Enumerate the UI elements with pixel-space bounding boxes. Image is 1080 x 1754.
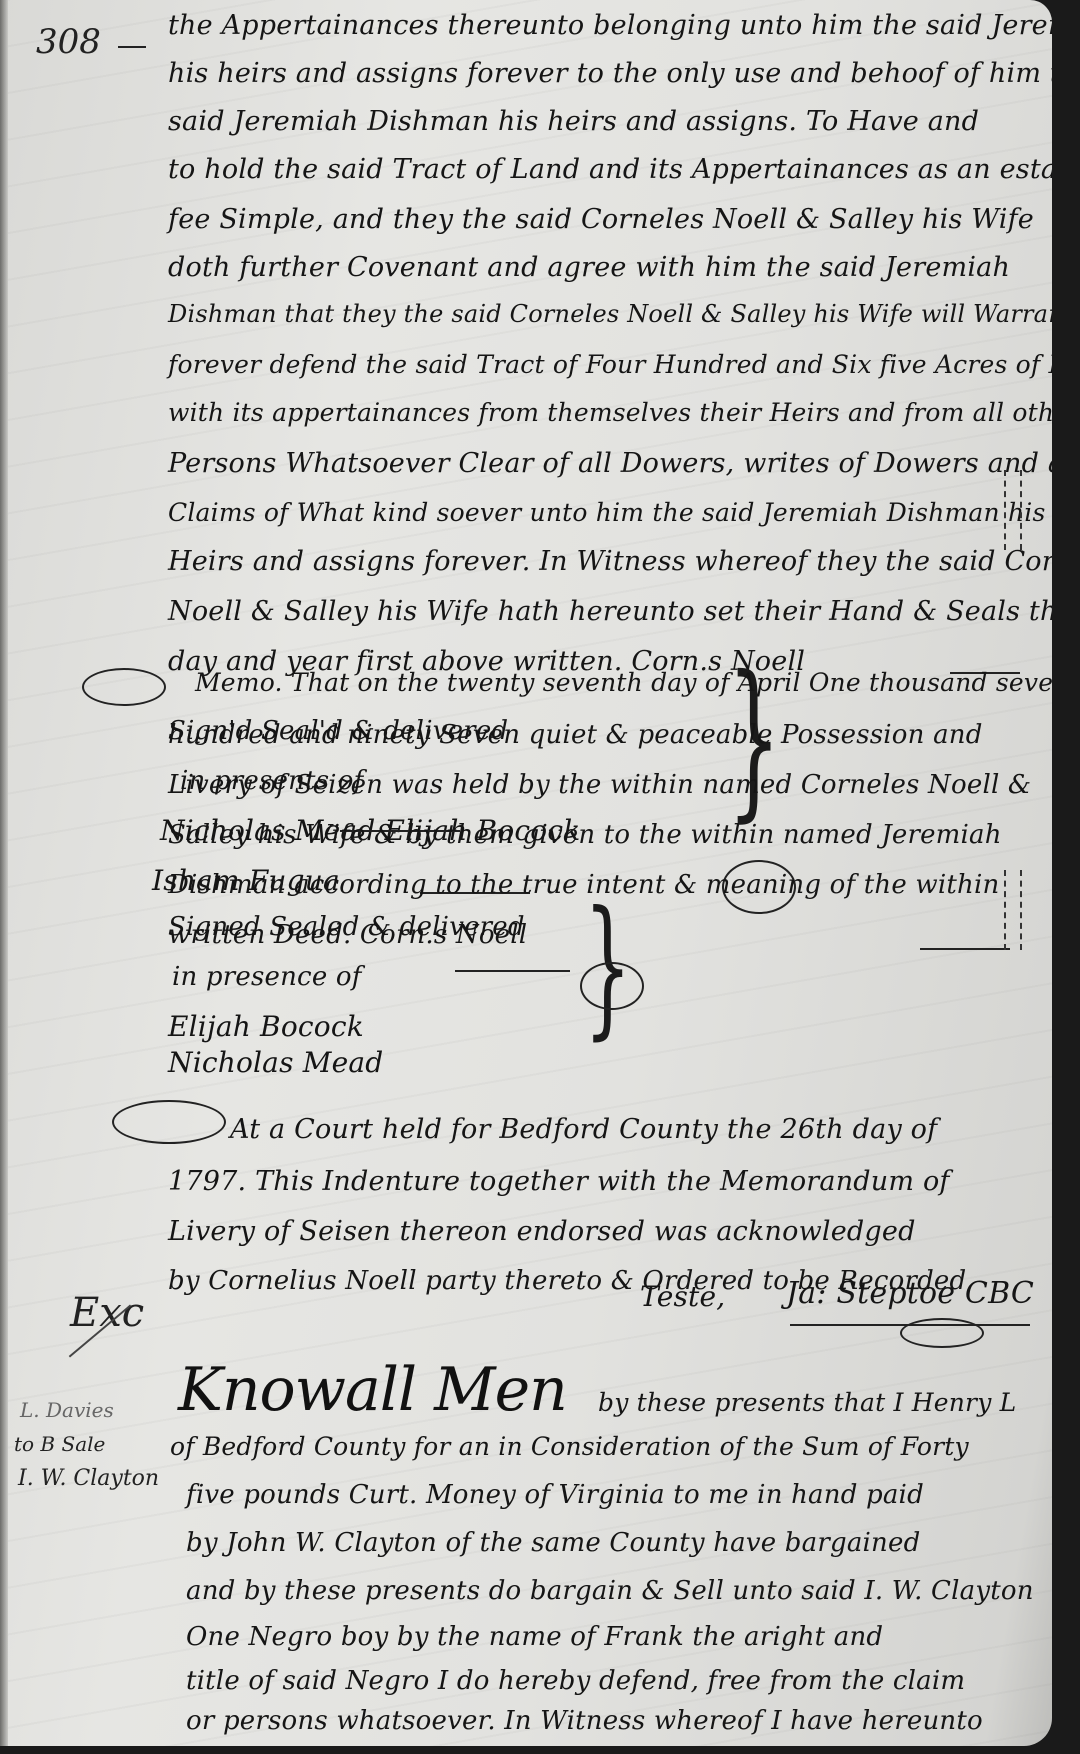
margin-note-line: L. Davies xyxy=(20,1398,114,1422)
deed-line: forever defend the said Tract of Four Hu… xyxy=(168,350,1052,379)
memo-line: Salley his Wife & by them given to the w… xyxy=(168,820,1002,850)
attestation-line: in presence of xyxy=(172,962,362,992)
margin-note-line: to B Sale xyxy=(14,1432,105,1456)
memo-line: hundred and ninety Seven quiet & peaceab… xyxy=(168,720,983,750)
witness-name: Elijah Bocock xyxy=(168,1010,364,1043)
attestation-dash xyxy=(455,970,570,972)
memo-line: Livery of Seizen was held by the within … xyxy=(168,770,1031,800)
deed-line: with its appertainances from themselves … xyxy=(168,398,1052,427)
sale-line: five pounds Curt. Money of Virginia to m… xyxy=(186,1480,924,1510)
page-number: 308 xyxy=(36,22,101,62)
deed-line: doth further Covenant and agree with him… xyxy=(168,252,1010,283)
document-page: 308 the Appertainances thereunto belongi… xyxy=(0,0,1052,1746)
court-line: At a Court held for Bedford County the 2… xyxy=(230,1114,937,1145)
deed-line: Persons Whatsoever Clear of all Dowers, … xyxy=(168,448,1052,479)
deed-line: said Jeremiah Dishman his heirs and assi… xyxy=(168,106,979,137)
signature-line xyxy=(920,948,1010,950)
examined-mark: Exc xyxy=(70,1290,144,1336)
deed-line: to hold the said Tract of Land and its A… xyxy=(168,154,1052,185)
clerk-signature: Ja: Steptoe CBC xyxy=(786,1276,1034,1311)
bill-of-sale-heading: Knowall Men xyxy=(178,1355,567,1425)
margin-note-line: I. W. Clayton xyxy=(18,1466,159,1491)
sale-line: One Negro boy by the name of Frank the a… xyxy=(186,1622,883,1652)
court-line: Livery of Seisen thereon endorsed was ac… xyxy=(168,1216,916,1247)
seal-mark xyxy=(1004,870,1022,950)
signature-loop xyxy=(900,1318,984,1348)
attestation-line: Signed Sealed & delivered xyxy=(168,912,525,942)
page-number-dash xyxy=(118,46,146,48)
deed-line: the Appertainances thereunto belonging u… xyxy=(168,10,1052,41)
witness-name: Nicholas Mead xyxy=(168,1046,383,1079)
deed-line: his heirs and assigns forever to the onl… xyxy=(168,58,1052,89)
sale-line: title of said Negro I do hereby defend, … xyxy=(186,1666,965,1696)
deed-line: fee Simple, and they the said Corneles N… xyxy=(168,204,1034,235)
court-line: 1797. This Indenture together with the M… xyxy=(168,1166,950,1197)
memo-line: Memo. That on the twenty seventh day of … xyxy=(195,668,1052,697)
binding-edge xyxy=(0,0,8,1746)
deed-line: Dishman that they the said Corneles Noel… xyxy=(168,300,1052,328)
seal-loop-flourish xyxy=(580,962,644,1010)
deed-line: Claims of What kind soever unto him the … xyxy=(168,498,1045,527)
sale-line: by these presents that I Henry L xyxy=(598,1388,1016,1417)
sale-final-line: or persons whatsoever. In Witness whereo… xyxy=(186,1706,983,1736)
memo-flourish xyxy=(82,668,166,706)
seal-mark xyxy=(1004,470,1022,550)
court-flourish xyxy=(112,1100,226,1144)
sale-line: of Bedford County for an in Consideratio… xyxy=(170,1432,969,1461)
sale-line: and by these presents do bargain & Sell … xyxy=(186,1576,1034,1606)
deed-line: Heirs and assigns forever. In Witness wh… xyxy=(168,546,1052,577)
sale-line: by John W. Clayton of the same County ha… xyxy=(186,1528,920,1558)
deed-line: Noell & Salley his Wife hath hereunto se… xyxy=(168,596,1052,627)
teste-label: Teste, xyxy=(640,1280,725,1313)
